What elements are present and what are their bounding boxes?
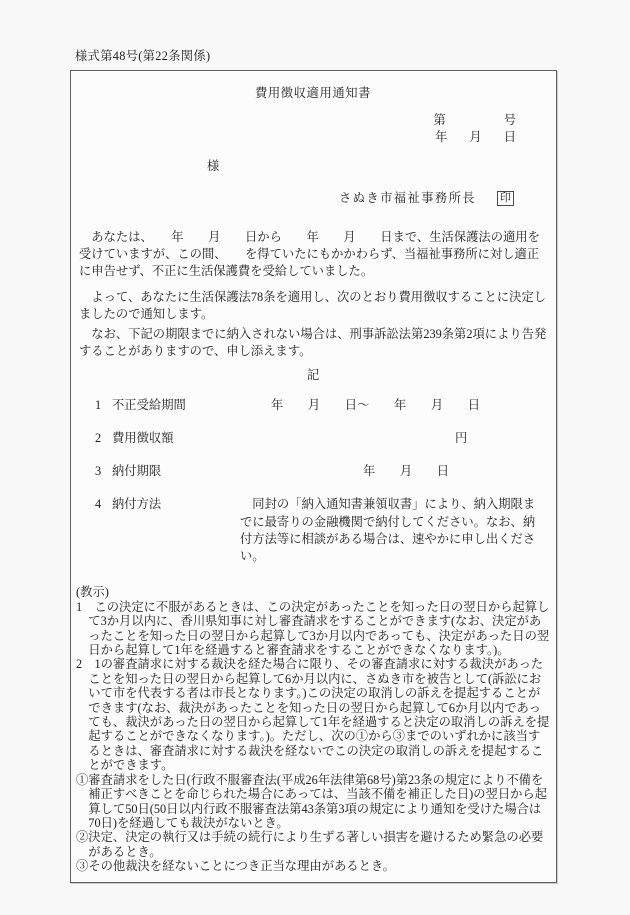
addressee-honorific: 様 [207, 159, 219, 173]
sender-name: さぬき市福祉事務所長 [339, 190, 476, 207]
instruction-item-2: 2 1の審査請求に対する裁決を経た場合に限り、その審査請求に対する裁決があったこ… [76, 657, 551, 772]
record-item-number: 4 [95, 496, 101, 513]
addressee-line: 様 [207, 158, 547, 175]
record-item-label: 費用徴収額 [112, 430, 174, 447]
document-title: 費用徴収適用通知書 [79, 85, 547, 102]
record-item-number: 3 [95, 463, 101, 480]
day-label: 日 [504, 129, 516, 146]
instructions-section: (教示) 1 この決定に不服があるときは、この決定があったことを知った日の翌日か… [76, 585, 551, 873]
year-label: 年 [435, 129, 447, 146]
record-item-value: 同封の「納入通知書兼領収書」により、納入期限までに最寄りの金融機関で納付してくだ… [240, 496, 540, 565]
record-item-label: 納付期限 [112, 463, 161, 480]
date-line: 年 月 日 [79, 129, 547, 146]
instruction-item-4: ②決定、決定の執行又は手続の続行により生ずる著しい損害を避けるため緊急の必要があ… [76, 830, 551, 859]
doc-number-line: 第 号 [79, 112, 547, 129]
record-item-value: 円 [455, 430, 467, 447]
record-item-payment-deadline: 3 納付期限 年 月 日 [79, 463, 547, 480]
record-item-label: 不正受給期間 [112, 397, 186, 414]
record-heading: 記 [79, 367, 547, 384]
record-item-value: 年 月 日～ 年 月 日 [271, 397, 480, 414]
notice-box: 費用徴収適用通知書 第 号 年 月 日 様 さぬき市福祉事務所長 印 あなたは、… [70, 70, 557, 883]
record-item-label: 納付方法 [112, 496, 161, 513]
record-item-payment-method: 4 納付方法 同封の「納入通知書兼領収書」により、納入期限までに最寄りの金融機関… [79, 496, 547, 565]
body-paragraph-2: よって、あなたに生活保護法78条を適用し、次のとおり費用徴収することに決定しまし… [79, 289, 547, 323]
instruction-item-3: ①審査請求をした日(行政不服審査法(平成26年法律第68号)第23条の規定により… [76, 773, 551, 831]
record-item-number: 2 [95, 430, 101, 447]
body-paragraph-1: あなたは、 年 月 日から 年 月 日まで、生活保護法の適用を受けていますが、こ… [79, 229, 547, 281]
instructions-heading: (教示) [76, 585, 551, 599]
instruction-item-5: ③その他裁決を経ないことにつき正当な理由があるとき。 [76, 859, 551, 873]
record-item-value: 年 月 日 [363, 463, 449, 480]
body-paragraph-3: なお、下記の期限までに納入されない場合は、刑事訴訟法第239条第2項により告発す… [79, 326, 547, 360]
sender-line: さぬき市福祉事務所長 印 [79, 190, 547, 207]
doc-number-prefix: 第 [433, 112, 445, 129]
record-item-fraud-period: 1 不正受給期間 年 月 日～ 年 月 日 [79, 397, 547, 414]
form-number-label: 様式第48号(第22条関係) [75, 48, 210, 65]
record-item-number: 1 [95, 397, 101, 414]
instruction-item-1: 1 この決定に不服があるときは、この決定があったことを知った日の翌日から起算して… [76, 600, 551, 658]
seal-stamp: 印 [497, 191, 514, 206]
month-label: 月 [469, 129, 481, 146]
document-page: 様式第48号(第22条関係) 費用徴収適用通知書 第 号 年 月 日 様 さぬき… [0, 0, 630, 915]
record-item-collection-amount: 2 費用徴収額 円 [79, 430, 547, 447]
doc-number-suffix: 号 [504, 112, 516, 129]
